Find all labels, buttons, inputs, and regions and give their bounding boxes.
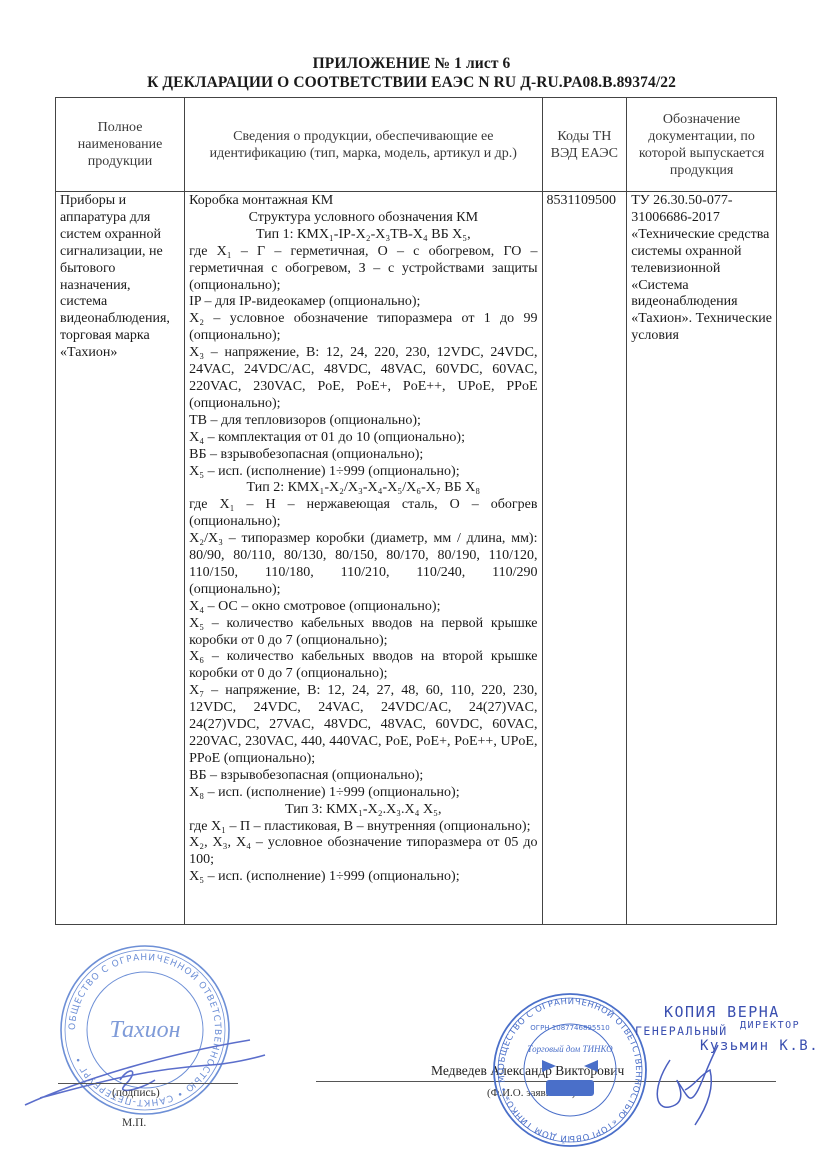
details-line: IP – для IP-видеокамер (опционально);	[189, 294, 537, 311]
tn-ved-code-cell: 8531109500	[542, 192, 627, 925]
details-line: X₂/X₃ – типоразмер коробки (диаметр, мм …	[189, 531, 537, 599]
details-line: X₅ – количество кабельных вводов на перв…	[189, 616, 537, 650]
signature-label: (подпись)	[112, 1087, 160, 1099]
details-line: X₅ – исп. (исполнение) 1÷999 (опциональн…	[189, 869, 537, 886]
product-details-cell: Коробка монтажная КМСтруктура условного …	[185, 192, 542, 925]
details-line: где X₁ – Н – нержавеющая сталь, О – обог…	[189, 497, 537, 531]
svg-text:ОГРН 1087746895510: ОГРН 1087746895510	[530, 1024, 609, 1032]
details-line: ВБ – взрывобезопасная (опционально);	[189, 768, 537, 785]
products-table: Полное наименование продукции Сведения о…	[55, 97, 777, 925]
declaration-title: К ДЕКЛАРАЦИИ О СООТВЕТСТВИИ ЕАЭС N RU Д-…	[0, 74, 823, 92]
column-header-name: Полное наименование продукции	[56, 98, 185, 192]
details-line: Коробка монтажная КМ	[189, 193, 537, 210]
director-signature	[640, 1030, 730, 1130]
copy-position-2: ДИРЕКТОР	[740, 1020, 800, 1031]
details-line: X₇ – напряжение, В: 12, 24, 27, 48, 60, …	[189, 683, 537, 768]
copy-certified-label: КОПИЯ ВЕРНА	[664, 1003, 780, 1021]
column-header-details: Сведения о продукции, обеспечивающие ее …	[185, 98, 542, 192]
signature-line	[58, 1083, 238, 1084]
table-row: Приборы и аппаратура для систем охранной…	[56, 192, 777, 925]
appendix-title: ПРИЛОЖЕНИЕ № 1 лист 6	[0, 55, 823, 73]
details-line: Тип 2: КМX₁-X₂/X₃-X₄-X₅/X₆-X₇ ВБ X₈	[189, 480, 537, 497]
product-name-cell: Приборы и аппаратура для систем охранной…	[56, 192, 185, 925]
details-line: X₄ – ОС – окно смотровое (опционально);	[189, 599, 537, 616]
details-line: X₆ – количество кабельных вводов на втор…	[189, 649, 537, 683]
column-header-codes: Коды ТН ВЭД ЕАЭС	[542, 98, 627, 192]
company-stamp-tinko: ОБЩЕСТВО С ОГРАНИЧЕННОЙ ОТВЕТСТВЕННОСТЬЮ…	[490, 990, 650, 1150]
details-line: X₄ – комплектация от 01 до 10 (опциональ…	[189, 430, 537, 447]
details-line: X₃ – напряжение, В: 12, 24, 220, 230, 12…	[189, 345, 537, 413]
details-line: Структура условного обозначения КМ	[189, 210, 537, 227]
details-line: X₈ – исп. (исполнение) 1÷999 (опциональн…	[189, 785, 537, 802]
documentation-cell: ТУ 26.30.50-077-31006686-2017 «Техническ…	[627, 192, 777, 925]
details-line: X₅ – исп. (исполнение) 1÷999 (опциональн…	[189, 464, 537, 481]
details-line: где X₁ – Г – герметичная, О – с обогрево…	[189, 244, 537, 295]
details-line: ТВ – для тепловизоров (опционально);	[189, 413, 537, 430]
seal-label: М.П.	[122, 1117, 146, 1129]
details-line: ВБ – взрывобезопасная (опционально);	[189, 447, 537, 464]
column-header-documentation: Обозначение документации, по которой вып…	[627, 98, 777, 192]
table-header-row: Полное наименование продукции Сведения о…	[56, 98, 777, 192]
details-line: Тип 1: КМX₁-IP-X₂-X₃TB-X₄ ВБ X₅,	[189, 227, 537, 244]
applicant-signature	[20, 1010, 270, 1120]
details-line: где X₁ – П – пластиковая, В – внутренняя…	[189, 819, 537, 836]
details-line: X₂ – условное обозначение типоразмера от…	[189, 311, 537, 345]
svg-text:Торговый дом ТИНКО: Торговый дом ТИНКО	[527, 1044, 613, 1054]
details-line: Тип 3: КМX₁-X₂.X₃.X₄ X₅,	[189, 802, 537, 819]
details-line: X₂, X₃, X₄ – условное обозначение типора…	[189, 835, 537, 869]
